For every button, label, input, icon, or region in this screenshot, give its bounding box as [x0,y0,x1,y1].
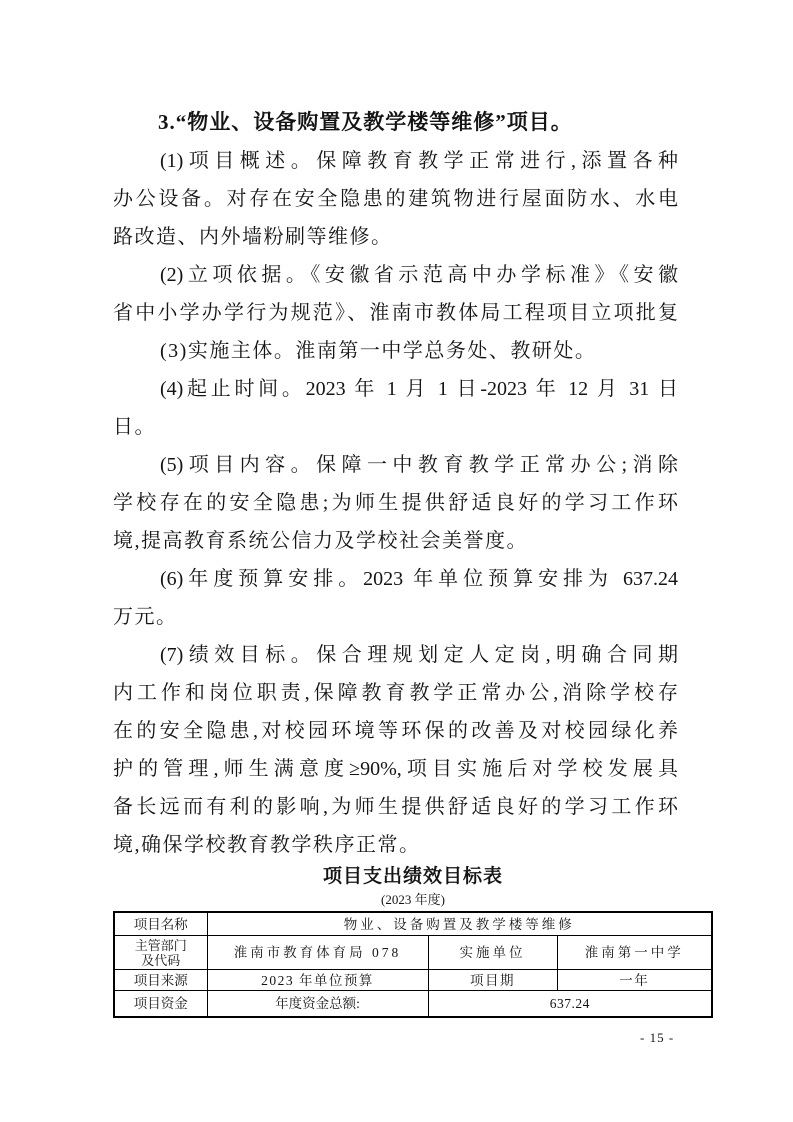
section-heading: 3.“物业、设备购置及教学楼等维修”项目。 [113,102,678,142]
cell-department-label: 主管部门 及代码 [114,936,207,970]
performance-table-section: 项目支出绩效目标表 (2023 年度) 项目名称 物业、设备购置及教学楼等维修 … [113,863,713,1018]
page-number: - 15 - [640,1030,674,1046]
cell-source-label: 项目来源 [114,970,207,991]
cell-funds-label: 项目资金 [114,991,207,1018]
cell-project-name-value: 物业、设备购置及教学楼等维修 [207,912,712,936]
cell-period-label: 项目期 [428,970,557,991]
body-line: 学校存在的安全隐患;为师生提供舒适良好的学习工作环 [113,484,678,522]
body-line: 境,提高教育系统公信力及学校社会美誉度。 [113,522,678,560]
cell-department-label-line1: 主管部门 [115,938,207,953]
body-line: 办公设备。对存在安全隐患的建筑物进行屋面防水、水电 [113,180,678,218]
cell-funds-total-value: 637.24 [428,991,712,1018]
cell-source-value: 2023 年单位预算 [207,970,428,991]
body-line: (3)实施主体。淮南第一中学总务处、教研处。 [113,332,678,370]
body-line: (6)年度预算安排。2023 年单位预算安排为 637.24 [113,560,678,598]
body-line: (4)起止时间。2023 年 1 月 1 日-2023 年 12 月 31 日 [113,370,678,408]
body-line: 境,确保学校教育教学秩序正常。 [113,826,678,864]
body-line: 日。 [113,408,678,446]
body-line: (2)立项依据。《安徽省示范高中办学标准》《安徽 [113,256,678,294]
body-line: 内工作和岗位职责,保障教育教学正常办公,消除学校存 [113,674,678,712]
cell-department-value: 淮南市教育体育局 078 [207,936,428,970]
cell-project-name-label: 项目名称 [114,912,207,936]
performance-target-table: 项目名称 物业、设备购置及教学楼等维修 主管部门 及代码 淮南市教育体育局 07… [113,911,713,1018]
cell-funds-total-label: 年度资金总额: [207,991,428,1018]
body-line: 在的安全隐患,对校园环境等环保的改善及对校园绿化养 [113,712,678,750]
table-row-source: 项目来源 2023 年单位预算 项目期 一年 [114,970,712,991]
table-title: 项目支出绩效目标表 [113,863,713,890]
table-row-department: 主管部门 及代码 淮南市教育体育局 078 实施单位 淮南第一中学 [114,936,712,970]
body-line: 路改造、内外墙粉刷等维修。 [113,218,678,256]
cell-implementing-unit-label: 实施单位 [428,936,557,970]
body-line: 备长远而有利的影响,为师生提供舒适良好的学习工作环 [113,788,678,826]
body-line: (5)项目内容。保障一中教育教学正常办公;消除 [113,446,678,484]
table-row-project-name: 项目名称 物业、设备购置及教学楼等维修 [114,912,712,936]
document-page: 3.“物业、设备购置及教学楼等维修”项目。 (1)项目概述。保障教育教学正常进行… [0,0,793,1122]
body-line: (7)绩效目标。保合理规划定人定岗,明确合同期 [113,636,678,674]
cell-department-label-line2: 及代码 [115,953,207,968]
body-line: 护的管理,师生满意度≥90%,项目实施后对学校发展具 [113,750,678,788]
cell-implementing-unit-value: 淮南第一中学 [557,936,712,970]
cell-period-value: 一年 [557,970,712,991]
table-subtitle: (2023 年度) [113,890,713,909]
body-line: 省中小学办学行为规范》、淮南市教体局工程项目立项批复 [113,294,678,332]
table-row-funds: 项目资金 年度资金总额: 637.24 [114,991,712,1018]
body-line: (1)项目概述。保障教育教学正常进行,添置各种 [113,142,678,180]
body-line: 万元。 [113,598,678,636]
document-body: 3.“物业、设备购置及教学楼等维修”项目。 (1)项目概述。保障教育教学正常进行… [113,102,678,864]
